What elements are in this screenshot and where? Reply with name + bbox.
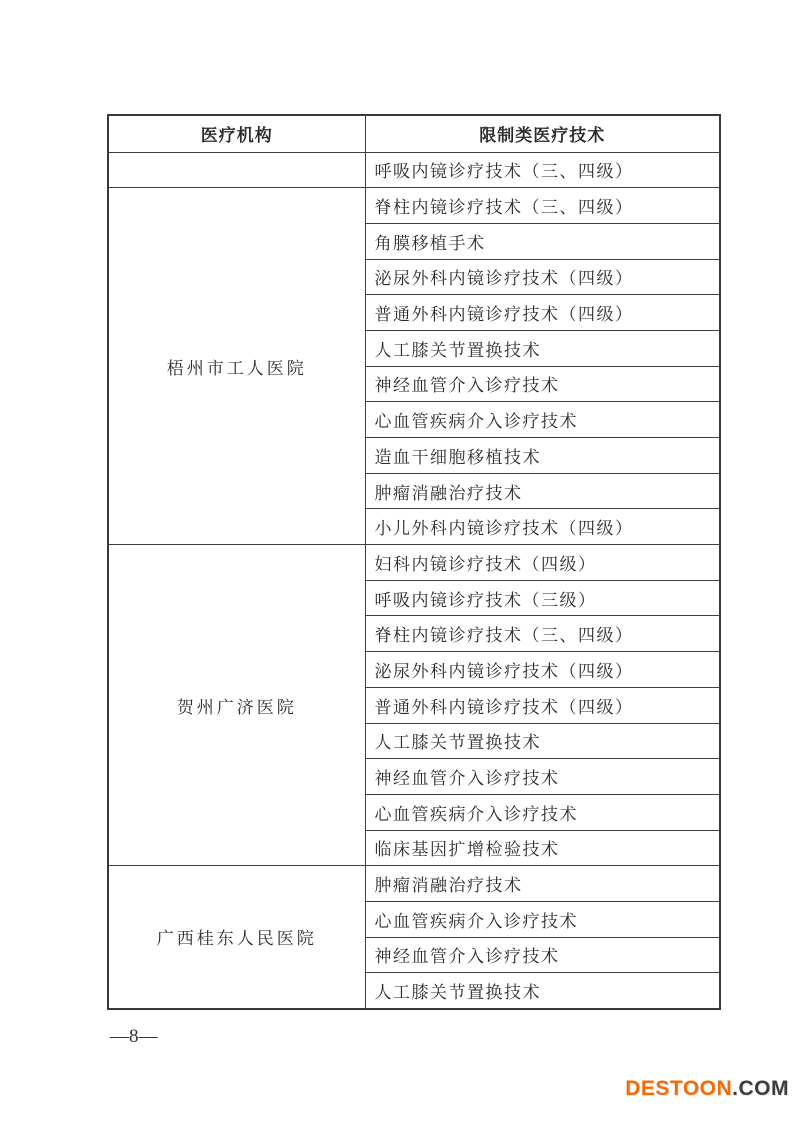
technology-cell: 妇科内镜诊疗技术（四级） [365, 545, 720, 581]
technology-cell: 心血管疾病介入诊疗技术 [365, 794, 720, 830]
technology-cell: 神经血管介入诊疗技术 [365, 937, 720, 973]
technology-cell: 心血管疾病介入诊疗技术 [365, 402, 720, 438]
column-header-technology: 限制类医疗技术 [365, 115, 720, 152]
table-row: 呼吸内镜诊疗技术（三、四级） [108, 152, 720, 188]
institution-cell [108, 152, 365, 188]
technology-cell: 人工膝关节置换技术 [365, 723, 720, 759]
technology-cell: 人工膝关节置换技术 [365, 973, 720, 1009]
technology-cell: 小儿外科内镜诊疗技术（四级） [365, 509, 720, 545]
technology-cell: 普通外科内镜诊疗技术（四级） [365, 687, 720, 723]
technology-cell: 肿瘤消融治疗技术 [365, 866, 720, 902]
technology-cell: 临床基因扩增检验技术 [365, 830, 720, 866]
column-header-institution: 医疗机构 [108, 115, 365, 152]
technology-cell: 肿瘤消融治疗技术 [365, 473, 720, 509]
table-header-row: 医疗机构 限制类医疗技术 [108, 115, 720, 152]
technology-cell: 心血管疾病介入诊疗技术 [365, 901, 720, 937]
restricted-tech-table: 医疗机构 限制类医疗技术 呼吸内镜诊疗技术（三、四级）梧州市工人医院脊柱内镜诊疗… [107, 114, 721, 1010]
page-number: —8— [110, 1026, 158, 1048]
table-body: 呼吸内镜诊疗技术（三、四级）梧州市工人医院脊柱内镜诊疗技术（三、四级）角膜移植手… [108, 152, 720, 1009]
institution-cell: 广西桂东人民医院 [108, 866, 365, 1009]
technology-cell: 泌尿外科内镜诊疗技术（四级） [365, 652, 720, 688]
institution-cell: 梧州市工人医院 [108, 188, 365, 545]
technology-cell: 神经血管介入诊疗技术 [365, 759, 720, 795]
technology-cell: 人工膝关节置换技术 [365, 330, 720, 366]
institution-cell: 贺州广济医院 [108, 545, 365, 866]
technology-cell: 脊柱内镜诊疗技术（三、四级） [365, 616, 720, 652]
document-page: 医疗机构 限制类医疗技术 呼吸内镜诊疗技术（三、四级）梧州市工人医院脊柱内镜诊疗… [0, 0, 796, 1122]
technology-cell: 脊柱内镜诊疗技术（三、四级） [365, 188, 720, 224]
table-row: 贺州广济医院妇科内镜诊疗技术（四级） [108, 545, 720, 581]
watermark-primary-text: DESTOON [625, 1077, 732, 1100]
table-row: 梧州市工人医院脊柱内镜诊疗技术（三、四级） [108, 188, 720, 224]
technology-cell: 泌尿外科内镜诊疗技术（四级） [365, 259, 720, 295]
technology-cell: 角膜移植手术 [365, 223, 720, 259]
watermark: DESTOON.COM [625, 1077, 789, 1101]
technology-cell: 造血干细胞移植技术 [365, 438, 720, 474]
technology-cell: 普通外科内镜诊疗技术（四级） [365, 295, 720, 331]
watermark-secondary-text: .COM [732, 1077, 789, 1100]
table-row: 广西桂东人民医院肿瘤消融治疗技术 [108, 866, 720, 902]
technology-cell: 呼吸内镜诊疗技术（三级） [365, 580, 720, 616]
technology-cell: 呼吸内镜诊疗技术（三、四级） [365, 152, 720, 188]
technology-cell: 神经血管介入诊疗技术 [365, 366, 720, 402]
